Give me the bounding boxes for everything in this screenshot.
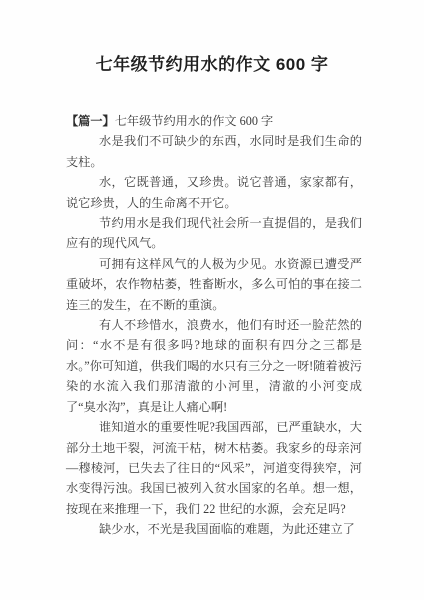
section-label: 【篇一】 [66, 114, 115, 128]
paragraph: 水是我们不可缺少的东西，水同时是我们生命的支柱。 [66, 131, 362, 172]
paragraph: 水，它既普通，又珍贵。说它普通，家家都有，说它珍贵，人的生命离不开它。 [66, 172, 362, 213]
essay-content: 【篇一】七年级节约用水的作文 600 字 水是我们不可缺少的东西，水同时是我们生… [66, 111, 362, 540]
paragraph: 谁知道水的重要性呢?我国西部，已严重缺水，大部分土地干裂，河流干枯，树木枯萎。我… [66, 417, 362, 519]
paragraph: 节约用水是我们现代社会所一直提倡的，是我们应有的现代风气。 [66, 213, 362, 254]
section-heading: 【篇一】七年级节约用水的作文 600 字 [66, 111, 362, 131]
document-title: 七年级节约用水的作文 600 字 [0, 0, 424, 75]
paragraph: 缺少水，不光是我国面临的难题，为此还建立了 [66, 519, 362, 539]
paragraph: 可拥有这样风气的人极为少见。水资源已遭受严重破坏，农作物枯萎，牲畜断水，多么可怕… [66, 254, 362, 315]
paragraph: 有人不珍惜水，浪费水，他们有时还一脸茫然的问：“水不是有很多吗?地球的面积有四分… [66, 315, 362, 417]
document-page: 七年级节约用水的作文 600 字 【篇一】七年级节约用水的作文 600 字 水是… [0, 0, 424, 600]
section-title: 七年级节约用水的作文 600 字 [115, 114, 273, 128]
